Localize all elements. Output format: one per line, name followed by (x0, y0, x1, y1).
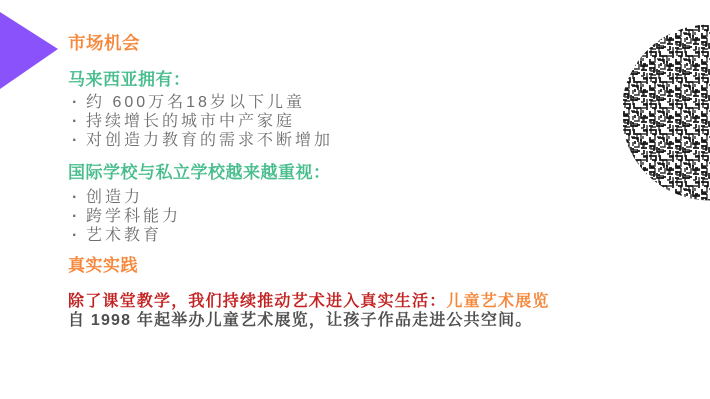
presentation-slide: 市场机会 马来西亚拥有： · 约 600万名18岁以下儿童 · 持续增长的城市中… (0, 0, 710, 399)
right-triangle-icon (0, 12, 58, 89)
bullet-icon: · (68, 188, 86, 207)
bullet-icon: · (68, 207, 86, 226)
list-item: · 持续增长的城市中产家庭 (68, 112, 628, 131)
list-item: · 艺术教育 (68, 226, 628, 245)
bullet-text: 艺术教育 (86, 226, 162, 245)
closing-line: 除了课堂教学，我们持续推动艺术进入真实生活：儿童艺术展览 (68, 292, 628, 311)
subheading-practice: 真实实践 (68, 258, 628, 273)
list-item: · 对创造力教育的需求不断增加 (68, 131, 628, 150)
bullet-text: 持续增长的城市中产家庭 (86, 112, 295, 131)
section-heading-malaysia: 马来西亚拥有： (68, 72, 628, 87)
bullet-icon: · (68, 226, 86, 245)
bullet-icon: · (68, 112, 86, 131)
bullet-text: 对创造力教育的需求不断增加 (86, 131, 333, 150)
list-item: · 跨学科能力 (68, 207, 628, 226)
bullet-text: 跨学科能力 (86, 207, 181, 226)
bullet-icon: · (68, 131, 86, 150)
bullet-text: 创造力 (86, 188, 143, 207)
list-item: · 创造力 (68, 188, 628, 207)
slide-content: 市场机会 马来西亚拥有： · 约 600万名18岁以下儿童 · 持续增长的城市中… (68, 36, 628, 330)
slide-title: 市场机会 (68, 36, 628, 51)
list-item: · 约 600万名18岁以下儿童 (68, 93, 628, 112)
bullet-text: 约 600万名18岁以下儿童 (86, 93, 305, 112)
bullet-icon: · (68, 93, 86, 112)
closing-highlight: 儿童艺术展览 (446, 293, 549, 310)
closing-detail: 自 1998 年起举办儿童艺术展览，让孩子作品走进公共空间。 (68, 311, 628, 330)
section-heading-schools: 国际学校与私立学校越来越重视： (68, 165, 628, 180)
closing-lead: 除了课堂教学，我们持续推动艺术进入真实生活： (68, 293, 446, 310)
bullet-list-schools: · 创造力 · 跨学科能力 · 艺术教育 (68, 188, 628, 245)
maze-circle-icon (622, 24, 710, 204)
bullet-list-malaysia: · 约 600万名18岁以下儿童 · 持续增长的城市中产家庭 · 对创造力教育的… (68, 93, 628, 150)
